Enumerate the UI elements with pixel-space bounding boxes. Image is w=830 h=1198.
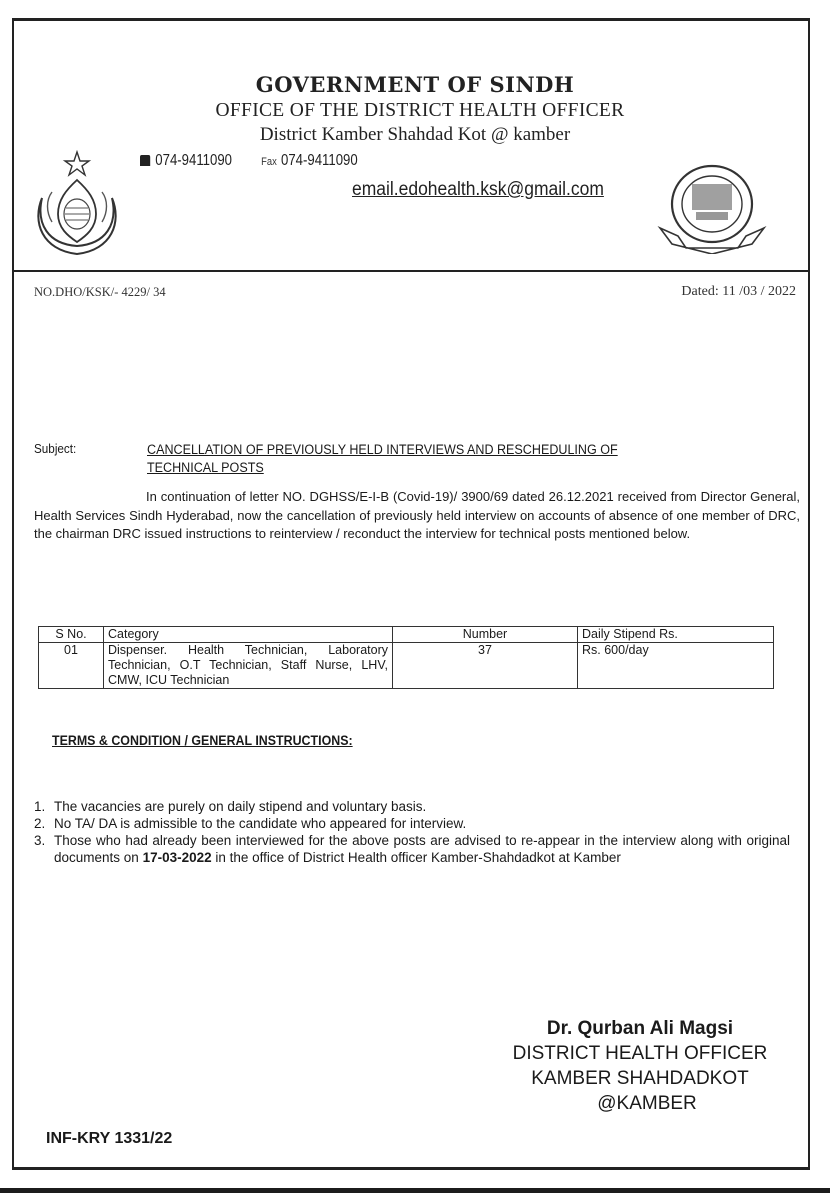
list-item: 2.No TA/ DA is admissible to the candida…: [34, 815, 790, 832]
phone-icon: [140, 155, 150, 166]
header-stipend: Daily Stipend Rs.: [578, 627, 774, 643]
header-number: Number: [393, 627, 578, 643]
reference-number: NO.DHO/KSK/- 4229/ 34: [34, 285, 166, 300]
terms-title: TERMS & CONDITION / GENERAL INSTRUCTIONS…: [52, 733, 353, 748]
posts-table: S No. Category Number Daily Stipend Rs. …: [38, 626, 774, 689]
fax-number: 074-9411090: [281, 152, 358, 169]
signatory-place: KAMBER SHAHDADKOT: [470, 1066, 810, 1091]
contact-numbers: 074-9411090 Fax074-9411090: [140, 152, 358, 170]
subject-line-2: TECHNICAL POSTS: [147, 459, 742, 477]
table-header-row: S No. Category Number Daily Stipend Rs.: [39, 627, 774, 643]
signatory-title: DISTRICT HEALTH OFFICER: [470, 1041, 810, 1066]
district-seal-icon: [656, 162, 768, 254]
letter-date: Dated: 11 /03 / 2022: [681, 284, 796, 300]
header-divider: [12, 270, 810, 272]
signatory-name: Dr. Qurban Ali Magsi: [470, 1017, 810, 1041]
signature-block: Dr. Qurban Ali Magsi DISTRICT HEALTH OFF…: [470, 1017, 810, 1116]
letterhead: GOVERNMENT OF SINDH OFFICE OF THE DISTRI…: [0, 0, 830, 254]
cell-category: Dispenser. Health Technician, Laboratory…: [104, 643, 393, 689]
phone-number: 074-9411090: [155, 152, 232, 169]
signatory-at: @KAMBER: [470, 1091, 810, 1116]
header-sno: S No.: [39, 627, 104, 643]
subject-label: Subject:: [34, 441, 76, 456]
body-paragraph: In continuation of letter NO. DGHSS/E-I-…: [34, 488, 800, 544]
fax-icon: Fax: [261, 156, 277, 168]
terms-list: 1.The vacancies are purely on daily stip…: [34, 798, 790, 866]
footer-code: INF-KRY 1331/22: [46, 1130, 172, 1148]
bottom-rule: [0, 1188, 830, 1193]
list-item: 1.The vacancies are purely on daily stip…: [34, 798, 790, 815]
list-item: 3.Those who had already been interviewed…: [34, 832, 790, 866]
sindh-emblem-icon: [30, 150, 124, 258]
government-title: GOVERNMENT OF SINDH: [0, 72, 830, 97]
subject-text: CANCELLATION OF PREVIOUSLY HELD INTERVIE…: [147, 441, 742, 477]
header-category: Category: [104, 627, 393, 643]
email-link[interactable]: email.edohealth.ksk@gmail.com: [352, 179, 604, 201]
interview-date: 17-03-2022: [143, 850, 212, 865]
body-text: In continuation of letter NO. DGHSS/E-I-…: [34, 489, 800, 541]
subject-line-1: CANCELLATION OF PREVIOUSLY HELD INTERVIE…: [147, 441, 742, 459]
office-title: OFFICE OF THE DISTRICT HEALTH OFFICER: [0, 100, 830, 122]
table-row: 01 Dispenser. Health Technician, Laborat…: [39, 643, 774, 689]
cell-stipend: Rs. 600/day: [578, 643, 774, 689]
cell-number: 37: [393, 643, 578, 689]
district-line: District Kamber Shahdad Kot @ kamber: [0, 124, 830, 146]
cell-sno: 01: [39, 643, 104, 689]
